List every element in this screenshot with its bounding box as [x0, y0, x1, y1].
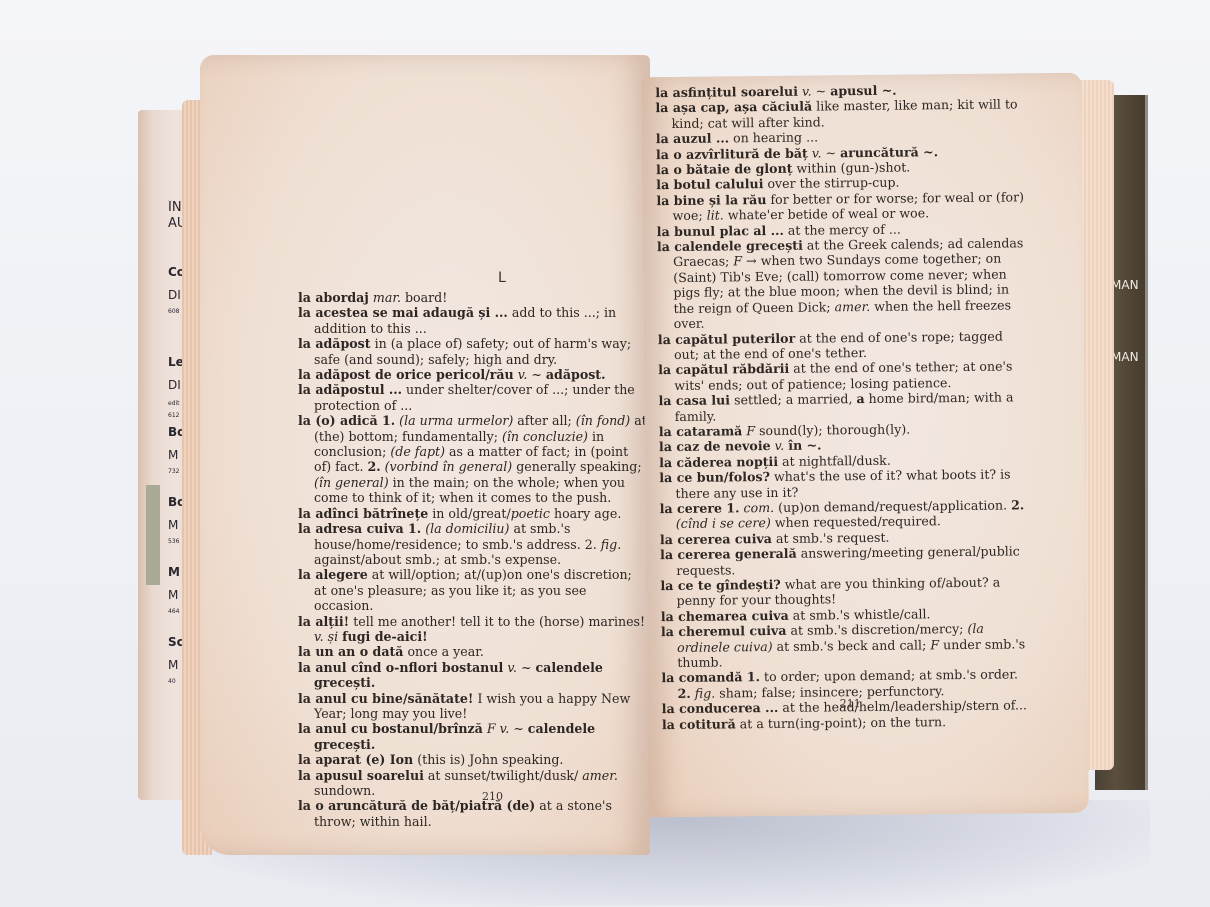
- entry-headword: la conducerea ...: [662, 700, 779, 716]
- dictionary-entry: la adînci bătrînețe in old/great/poetic …: [298, 506, 648, 521]
- entry-definition: 2.: [1011, 497, 1024, 512]
- entry-definition: at the head/helm/leadership/stern of...: [778, 698, 1027, 716]
- entry-headword: la anul cînd o-nflori bostanul: [298, 660, 503, 675]
- entry-headword: la adresa cuiva 1.: [298, 521, 421, 536]
- dictionary-entry: la adăpostul ... under shelter/cover of …: [298, 382, 648, 413]
- entry-definition: ~: [527, 367, 546, 382]
- entry-definition: (în concluzie): [502, 429, 588, 444]
- dictionary-entry: la capătul răbdării at the end of one's …: [658, 359, 1028, 394]
- entry-headword: la bunul plac al ...: [657, 222, 784, 238]
- entry-headword: la ce bun/folos?: [659, 469, 770, 485]
- entry-definition: ~: [812, 83, 831, 98]
- spine-color-tab: [146, 485, 160, 585]
- entry-definition: at smb.'s beck and call;: [772, 637, 930, 654]
- dictionary-entry: la anul cu bostanul/brînză F v. ~ calend…: [298, 721, 648, 752]
- entry-headword: la capătul puterilor: [658, 330, 795, 346]
- entry-definition: (cînd i se cere): [676, 515, 771, 531]
- entry-definition: when requested/required.: [771, 514, 941, 531]
- dictionary-entry: la cheremul cuiva at smb.'s discretion/m…: [661, 620, 1031, 670]
- entry-definition: v.: [518, 367, 528, 382]
- dictionary-entry: la calendele grecești at the Greek calen…: [657, 235, 1028, 331]
- entry-definition: lit.: [707, 208, 724, 223]
- entry-definition: v.: [775, 438, 785, 453]
- dictionary-entry: la aparat (e) Ion (this is) John speakin…: [298, 752, 648, 767]
- entry-headword: la o bătaie de glonț: [656, 161, 793, 177]
- entry-definition: generally speaking;: [512, 459, 641, 474]
- entry-headword: la alții!: [298, 614, 349, 629]
- entry-headword: la cererea generală: [660, 546, 797, 562]
- entry-definition: within (gun-)shot.: [792, 160, 910, 176]
- dictionary-entry: la (o) adică 1. (la urma urmelor) after …: [298, 413, 648, 505]
- entry-definition: F v.: [487, 721, 509, 736]
- entry-definition: ~: [509, 721, 528, 736]
- entry-definition: against/about smb.; at smb.'s expense.: [314, 552, 561, 567]
- entry-definition: v.: [507, 660, 517, 675]
- entry-definition: (vorbind în general): [385, 459, 513, 474]
- letter-heading: L: [498, 270, 506, 286]
- entry-definition: ~: [517, 660, 536, 675]
- entry-definition: v.: [802, 84, 812, 99]
- entry-definition: amer.: [582, 768, 618, 783]
- dictionary-entry: la cotitură at a turn(ing-point); on the…: [662, 713, 1032, 732]
- dictionary-entry: la ce bun/folos? what's the use of it? w…: [659, 466, 1029, 501]
- entry-definition: over the stirrup-cup.: [763, 175, 899, 191]
- entry-headword: la cererea cuiva: [660, 531, 772, 547]
- entry-definition: hoary age.: [550, 506, 621, 521]
- spine-label: MAN: [1111, 350, 1139, 364]
- entry-definition: amer.: [835, 299, 871, 314]
- entry-headword: la cataramă: [659, 423, 743, 439]
- entry-definition: (up)on demand/request/application.: [774, 497, 1011, 514]
- entry-headword: la adăpost: [298, 336, 371, 351]
- dictionary-entry: la alegere at will/option; at/(up)on one…: [298, 567, 648, 613]
- entry-definition: in old/great/: [428, 506, 510, 521]
- entry-headword: la caz de nevoie: [659, 438, 771, 454]
- entry-definition: fugi de-aici!: [342, 629, 428, 644]
- entry-definition: apusul ~.: [830, 83, 897, 99]
- entry-definition: (la urma urmelor): [399, 413, 513, 428]
- entry-headword: la așa cap, așa căciulă: [655, 99, 812, 116]
- dictionary-entry: la bine și la rău for better or for wors…: [656, 189, 1026, 224]
- entry-definition: after all;: [513, 413, 576, 428]
- dictionary-entry: la anul cu bine/sănătate! I wish you a h…: [298, 691, 648, 722]
- entry-headword: la abordaj: [298, 290, 369, 305]
- entry-headword: la căderea nopții: [659, 454, 778, 470]
- entry-definition: poetic: [511, 506, 550, 521]
- entry-headword: la botul calului: [656, 176, 763, 192]
- entry-headword: la comandă 1.: [661, 670, 760, 686]
- entry-headword: la calendele grecești: [657, 238, 803, 255]
- entry-definition: at sunset/twilight/dusk/: [424, 768, 582, 783]
- entry-headword: la o azvîrlitură de băț: [656, 145, 808, 162]
- entry-headword: la un an o dată: [298, 644, 403, 659]
- dictionary-entry: la capătul puterilor at the end of one's…: [658, 328, 1028, 363]
- entry-definition: tell me another! tell it to the (horse) …: [349, 614, 645, 629]
- dictionary-entry: la ce te gîndești? what are you thinking…: [660, 574, 1030, 609]
- entry-list: la asfințitul soarelui v. ~ apusul ~.la …: [655, 81, 1032, 732]
- entry-definition: F: [930, 637, 939, 652]
- entry-definition: sundown.: [314, 783, 375, 798]
- entry-definition: at a turn(ing-point); on the turn.: [736, 714, 947, 731]
- entry-headword: la asfințitul soarelui: [655, 84, 798, 100]
- entry-headword: la ce te gîndești?: [660, 577, 780, 593]
- entry-definition: (de fapt): [390, 444, 445, 459]
- entry-definition: fig.: [601, 537, 621, 552]
- entry-headword: la cerere 1.: [660, 500, 740, 516]
- entry-definition: at smb.'s request.: [772, 530, 890, 546]
- entry-definition: once a year.: [403, 644, 483, 659]
- dictionary-entry: la abordaj mar. board!: [298, 290, 648, 305]
- dictionary-entry: la așa cap, așa căciulă like master, lik…: [655, 97, 1025, 132]
- entry-definition: F: [746, 423, 755, 438]
- entry-definition: (în fond): [576, 413, 630, 428]
- entry-definition: v. și: [314, 629, 338, 644]
- entry-headword: la chemarea cuiva: [661, 608, 789, 624]
- left-page: L la abordaj mar. board!la acestea se ma…: [200, 55, 650, 855]
- entry-headword: la bine și la rău: [656, 192, 766, 208]
- entry-headword: la aparat (e) Ion: [298, 752, 413, 767]
- entry-headword: la cheremul cuiva: [661, 623, 787, 639]
- entry-headword: la anul cu bostanul/brînză: [298, 721, 483, 736]
- entry-headword: la casa lui: [658, 393, 730, 409]
- entry-definition: settled; a married,: [730, 391, 857, 407]
- entry-definition: ~: [821, 145, 840, 160]
- entry-definition: at smb.'s discretion/mercy;: [786, 621, 967, 638]
- entry-headword: la adăpost de orice pericol/rău: [298, 367, 514, 382]
- spine-label: MAN: [1111, 278, 1139, 292]
- dictionary-entry: la adăpost in (a place of) safety; out o…: [298, 336, 648, 367]
- entry-definition: 2.: [678, 686, 691, 701]
- entry-headword: la anul cu bine/sănătate!: [298, 691, 473, 706]
- entry-headword: la acestea se mai adaugă și ...: [298, 305, 508, 320]
- entry-definition: com.: [743, 500, 774, 515]
- entry-definition: (la domiciliu): [425, 521, 509, 536]
- dictionary-entry: la comandă 1. to order; upon demand; at …: [661, 667, 1031, 702]
- entry-definition: at nightfall/dusk.: [778, 452, 891, 468]
- entry-definition: whate'er betide of weal or woe.: [724, 206, 930, 223]
- page-number: 211: [840, 697, 861, 710]
- entry-definition: board!: [401, 290, 447, 305]
- entry-definition: (this is) John speaking.: [413, 752, 563, 767]
- entry-definition: mar.: [373, 290, 401, 305]
- dictionary-entry: la alții! tell me another! tell it to th…: [298, 614, 648, 645]
- page-number: 210: [482, 790, 503, 803]
- entry-definition: aruncătură ~.: [840, 144, 938, 160]
- entry-headword: la (o) adică 1.: [298, 413, 395, 428]
- dictionary-entry: la cerere 1. com. (up)on demand/request/…: [660, 497, 1030, 532]
- entry-definition: at the mercy of ...: [784, 221, 901, 237]
- entry-headword: la cotitură: [662, 716, 736, 732]
- dictionary-entry: la anul cînd o-nflori bostanul v. ~ cale…: [298, 660, 648, 691]
- entry-definition: v.: [812, 145, 822, 160]
- dictionary-entry: la un an o dată once a year.: [298, 644, 648, 659]
- entry-definition: on hearing ...: [729, 130, 818, 146]
- entry-list: la abordaj mar. board!la acestea se mai …: [298, 290, 648, 829]
- entry-definition: sound(ly); thorough(ly).: [755, 421, 910, 438]
- dictionary-entry: la casa lui settled; a married, a home b…: [658, 389, 1028, 424]
- dictionary-entry: la apusul soarelui at sunset/twilight/du…: [298, 768, 648, 799]
- entry-headword: la auzul ...: [656, 131, 729, 147]
- entry-definition: 2.: [367, 459, 380, 474]
- entry-definition: fig.: [695, 685, 716, 700]
- entry-headword: la apusul soarelui: [298, 768, 424, 783]
- dictionary-entry: la acestea se mai adaugă și ... add to t…: [298, 305, 648, 336]
- entry-headword: la alegere: [298, 567, 368, 582]
- entry-definition: a: [856, 391, 864, 406]
- entry-headword: la adînci bătrînețe: [298, 506, 428, 521]
- dictionary-entry: la adresa cuiva 1. (la domiciliu) at smb…: [298, 521, 648, 567]
- entry-definition: (în general): [314, 475, 389, 490]
- entry-definition: at smb.'s whistle/call.: [789, 606, 931, 622]
- entry-definition: F: [733, 254, 742, 269]
- entry-definition: în ~.: [788, 438, 821, 453]
- right-page: la asfințitul soarelui v. ~ apusul ~.la …: [641, 73, 1089, 818]
- dictionary-entry: la adăpost de orice pericol/rău v. ~ adă…: [298, 367, 648, 382]
- dictionary-entry: la o aruncătură de băț/piatră (de) at a …: [298, 798, 648, 829]
- dictionary-entry: la cererea generală answering/meeting ge…: [660, 543, 1030, 578]
- entry-headword: la adăpostul ...: [298, 382, 402, 397]
- entry-definition: adăpost.: [546, 367, 606, 382]
- entry-definition: to order; upon demand; at smb.'s order.: [760, 667, 1018, 685]
- entry-headword: la capătul răbdării: [658, 361, 789, 377]
